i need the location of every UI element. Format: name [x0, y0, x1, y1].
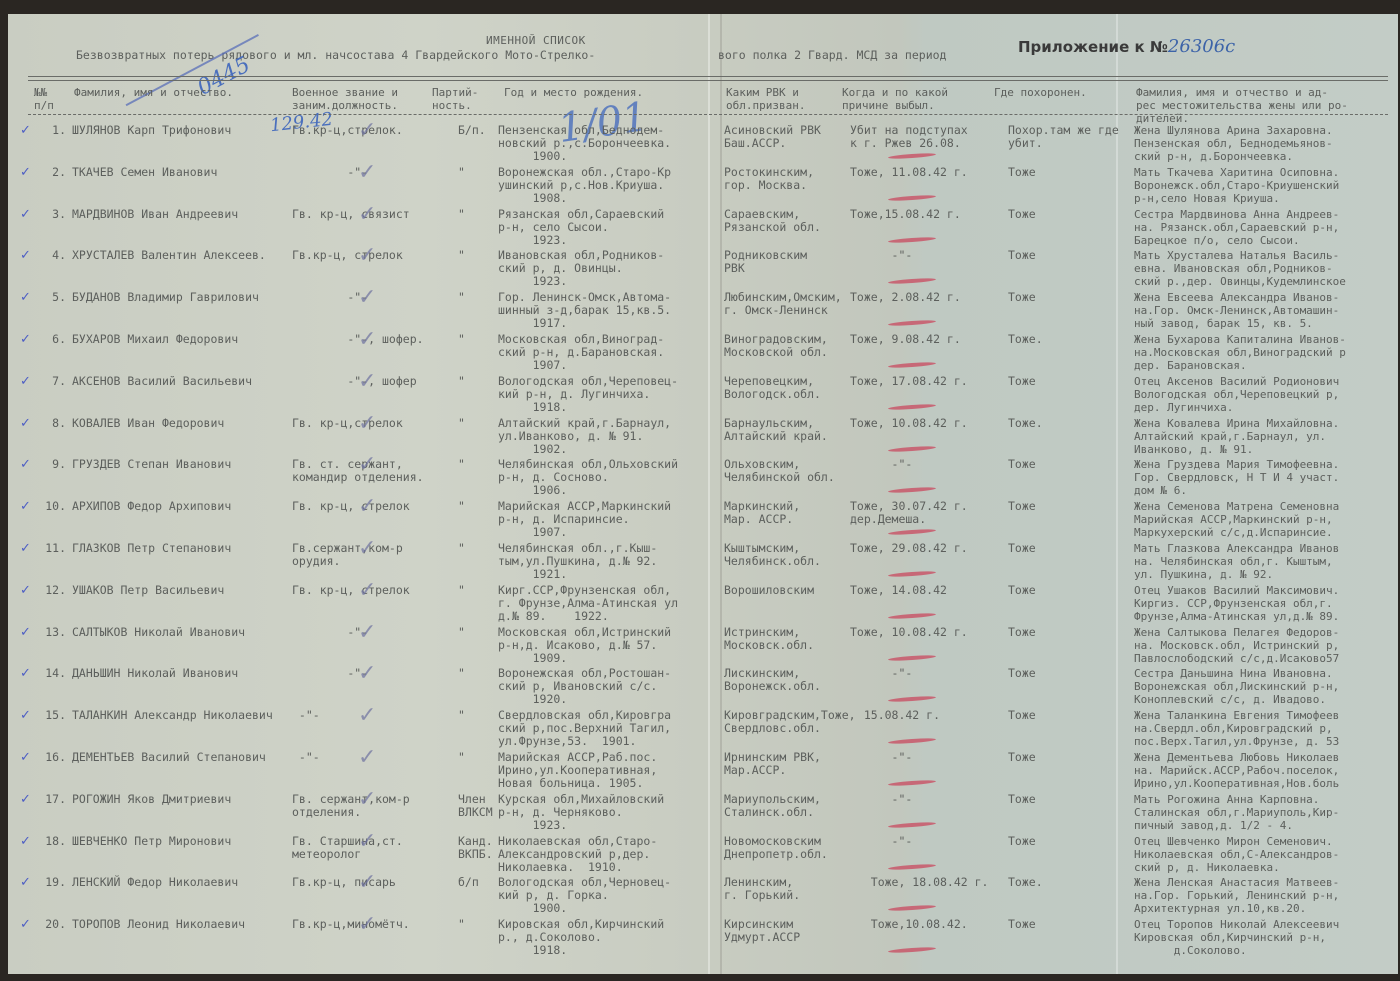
row-number: 2. — [36, 166, 66, 179]
rank-position: Гв.кр-ц, писарь — [292, 876, 396, 889]
draft-office: Барнаульским, Алтайский край. — [724, 417, 828, 443]
appendix-number: 26306с — [1168, 36, 1235, 57]
birth-place-year: Курская обл,Михайловский р-н, д. Черняко… — [498, 793, 664, 832]
party-membership: " — [458, 458, 465, 471]
birth-place-year: Марийская АССР,Маркинский р-н, д. Испари… — [498, 500, 671, 539]
check-mark-icon: ✓ — [20, 458, 31, 471]
draft-office: Кировградским,Тоже, Свердловс.обл. — [724, 709, 856, 735]
pencil-check-mark: ✓ — [358, 793, 376, 806]
soldier-name: АКСЕНОВ Василий Васильевич — [72, 375, 252, 388]
row-number: 8. — [36, 417, 66, 430]
burial-place: Тоже. — [1008, 876, 1043, 889]
date-cause-of-loss: Тоже, 30.07.42 г. дер.Демеша. — [850, 500, 968, 526]
next-of-kin: Жена Дементьева Любовь Николаев на. Мари… — [1134, 751, 1339, 790]
red-pencil-mark — [888, 570, 936, 577]
party-membership: Канд. ВКПБ. — [458, 835, 493, 861]
red-pencil-mark — [888, 194, 936, 201]
soldier-name: АРХИПОВ Федор Архипович — [72, 500, 231, 513]
check-mark-icon: ✓ — [20, 584, 31, 597]
document-subtitle-continued: вого полка 2 Гвард. МСД за период — [718, 48, 946, 62]
red-pencil-mark — [888, 529, 936, 536]
party-membership: " — [458, 417, 465, 430]
party-membership: б/п — [458, 876, 479, 889]
party-membership: " — [458, 626, 465, 639]
pencil-check-mark: ✓ — [358, 333, 376, 346]
draft-office: Ольховским, Челябинской обл. — [724, 458, 835, 484]
row-number: 6. — [36, 333, 66, 346]
next-of-kin: Жена Ленская Анастасия Матвеев- на.Гор. … — [1134, 876, 1339, 915]
pencil-check-mark: ✓ — [358, 249, 376, 262]
rank-position: Гв. Старшина,ст. метеоролог — [292, 835, 403, 861]
birth-place-year: Московская обл,Истринский р-н,д. Исаково… — [498, 626, 671, 665]
date-cause-of-loss: -"- — [850, 667, 912, 680]
check-mark-icon: ✓ — [20, 124, 31, 137]
soldier-name: БУХАРОВ Михаил Федорович — [72, 333, 238, 346]
birth-place-year: Николаевская обл,Старо- Александровский … — [498, 835, 657, 874]
burial-place: Тоже. — [1008, 417, 1043, 430]
draft-office: Маркинский, Мар. АССР. — [724, 500, 800, 526]
next-of-kin: Мать Ткачева Харитина Осиповна. Воронежс… — [1134, 166, 1339, 205]
party-membership: " — [458, 333, 465, 346]
red-pencil-mark — [888, 152, 936, 159]
birth-place-year: Марийская АССР,Раб.пос. Ирино,ул.Коопера… — [498, 751, 657, 790]
draft-office: Ленинским, г. Горький. — [724, 876, 800, 902]
birth-place-year: Рязанская обл,Сараевский р-н, село Сысои… — [498, 208, 664, 247]
pencil-check-mark: ✓ — [358, 542, 376, 555]
soldier-name: ГРУЗДЕВ Степан Иванович — [72, 458, 231, 471]
soldier-name: РОГОЖИН Яков Дмитриевич — [72, 793, 231, 806]
column-header-birth: Год и место рождения. — [504, 86, 643, 99]
birth-place-year: Челябинская обл.,г.Кыш- тым,ул.Пушкина, … — [498, 542, 657, 581]
soldier-name: ДАНЬШИН Николай Иванович — [72, 667, 238, 680]
rank-position: -"-, шофер — [292, 375, 417, 388]
draft-office: Ростокинским, гор. Москва. — [724, 166, 814, 192]
red-pencil-mark — [888, 821, 936, 828]
burial-place: Тоже — [1008, 249, 1036, 262]
header-rule — [28, 76, 1388, 77]
check-mark-icon: ✓ — [20, 835, 31, 848]
check-mark-icon: ✓ — [20, 500, 31, 513]
next-of-kin: Отец Аксенов Василий Родионович Вологодс… — [1134, 375, 1339, 414]
rank-position: -"- — [292, 626, 368, 639]
party-membership: " — [458, 375, 465, 388]
row-number: 5. — [36, 291, 66, 304]
rank-position: -"- — [292, 751, 320, 764]
pencil-check-mark: ✓ — [358, 918, 376, 931]
soldier-name: МАРДВИНОВ Иван Андреевич — [72, 208, 238, 221]
paper-fold — [1116, 14, 1118, 974]
rank-position: -"- — [292, 291, 368, 304]
next-of-kin: Жена Бухарова Капиталина Иванов- на.Моск… — [1134, 333, 1346, 372]
pencil-check-mark: ✓ — [358, 458, 376, 471]
party-membership: " — [458, 751, 465, 764]
date-cause-of-loss: -"- — [850, 793, 912, 806]
red-pencil-mark — [888, 445, 936, 452]
date-cause-of-loss: -"- — [850, 835, 912, 848]
rank-position: Гв.кр-ц,миномётч. — [292, 918, 410, 931]
red-pencil-mark — [888, 236, 936, 243]
date-cause-of-loss: Тоже, 18.08.42 г. — [850, 876, 988, 889]
red-pencil-mark — [888, 738, 936, 745]
paper-fold — [708, 14, 710, 974]
check-mark-icon: ✓ — [20, 166, 31, 179]
soldier-name: САЛТЫКОВ Николай Иванович — [72, 626, 245, 639]
column-header-kin: Фамилия, имя и отчество и ад- рес местож… — [1136, 86, 1348, 125]
birth-place-year: Воронежская обл.,Старо-Кр ушинский р,с.Н… — [498, 166, 671, 205]
row-number: 1. — [36, 124, 66, 137]
red-pencil-mark — [888, 654, 936, 661]
next-of-kin: Отец Торопов Николай Алексеевич Кировска… — [1134, 918, 1339, 957]
row-number: 17. — [36, 793, 66, 806]
birth-place-year: Кирг.ССР,Фрунзенская обл, г. Фрунзе,Алма… — [498, 584, 678, 623]
rank-position: Гв. кр-ц, стрелок — [292, 584, 410, 597]
next-of-kin: Жена Семенова Матрена Семеновна Марийска… — [1134, 500, 1339, 539]
row-number: 10. — [36, 500, 66, 513]
soldier-name: ШЕВЧЕНКО Петр Миронович — [72, 835, 231, 848]
burial-place: Тоже — [1008, 208, 1036, 221]
pencil-check-mark: ✓ — [358, 876, 376, 889]
date-cause-of-loss: Тоже, 9.08.42 г. — [850, 333, 961, 346]
draft-office: Мариупольским, Сталинск.обл. — [724, 793, 821, 819]
soldier-name: ГЛАЗКОВ Петр Степанович — [72, 542, 231, 555]
document-subtitle: Безвозвратных потерь рядового и мл. начс… — [76, 48, 595, 62]
check-mark-icon: ✓ — [20, 333, 31, 346]
check-mark-icon: ✓ — [20, 876, 31, 889]
rank-position: Гв.кр-ц,стрелок. — [292, 124, 403, 137]
red-pencil-mark — [888, 947, 936, 954]
party-membership: Б/п. — [458, 124, 486, 137]
burial-place: Тоже — [1008, 291, 1036, 304]
burial-place: Тоже. — [1008, 333, 1043, 346]
date-cause-of-loss: Тоже,10.08.42. — [850, 918, 968, 931]
row-number: 11. — [36, 542, 66, 555]
row-number: 20. — [36, 918, 66, 931]
column-header-party: Партий- ность. — [432, 86, 478, 112]
red-pencil-mark — [888, 278, 936, 285]
pencil-check-mark: ✓ — [358, 375, 376, 388]
next-of-kin: Жена Шулянова Арина Захаровна. Пензенска… — [1134, 124, 1333, 163]
row-number: 12. — [36, 584, 66, 597]
soldier-name: УШАКОВ Петр Васильевич — [72, 584, 224, 597]
burial-place: Похор.там же где убит. — [1008, 124, 1119, 150]
date-cause-of-loss: Тоже, 29.08.42 г. — [850, 542, 968, 555]
soldier-name: ЛЕНСКИЙ Федор Николаевич — [72, 876, 238, 889]
pencil-check-mark: ✓ — [358, 500, 376, 513]
check-mark-icon: ✓ — [20, 626, 31, 639]
draft-office: Новомосковским Днепропетр.обл. — [724, 835, 828, 861]
birth-place-year: Вологодская обл,Черновец- кий р, д. Горк… — [498, 876, 671, 915]
draft-office: Виноградовским, Московской обл. — [724, 333, 828, 359]
party-membership: " — [458, 709, 465, 722]
next-of-kin: Жена Салтыкова Пелагея Федоров- на. Моск… — [1134, 626, 1339, 665]
pencil-check-mark: ✓ — [358, 751, 376, 764]
row-number: 7. — [36, 375, 66, 388]
burial-place: Тоже — [1008, 709, 1036, 722]
soldier-name: ТКАЧЕВ Семен Иванович — [72, 166, 217, 179]
document-title: ИМЕННОЙ СПИСОК — [486, 34, 586, 47]
pencil-check-mark: ✓ — [358, 166, 376, 179]
burial-place: Тоже — [1008, 751, 1036, 764]
date-cause-of-loss: -"- — [850, 249, 912, 262]
check-mark-icon: ✓ — [20, 793, 31, 806]
rank-position: -"- — [292, 709, 320, 722]
header-rule — [28, 80, 1388, 81]
burial-place: Тоже — [1008, 458, 1036, 471]
row-number: 19. — [36, 876, 66, 889]
next-of-kin: Мать Рогожина Анна Карповна. Сталинская … — [1134, 793, 1339, 832]
birth-place-year: Вологодская обл,Череповец- кий р-н, д. Л… — [498, 375, 678, 414]
check-mark-icon: ✓ — [20, 417, 31, 430]
date-cause-of-loss: Тоже, 2.08.42 г. — [850, 291, 961, 304]
soldier-name: КОВАЛЕВ Иван Федорович — [72, 417, 224, 430]
date-cause-of-loss: Тоже,15.08.42 г. — [850, 208, 961, 221]
column-header-rank: Военное звание и заним.должность. — [292, 86, 398, 112]
next-of-kin: Сестра Даньшина Нина Ивановна. Воронежск… — [1134, 667, 1339, 706]
appendix-label: Приложение к №26306с — [1018, 36, 1235, 57]
column-header-buried: Где похоронен. — [994, 86, 1087, 99]
red-pencil-mark — [888, 361, 936, 368]
draft-office: Родниковским РВК — [724, 249, 807, 275]
draft-office: Истринским, Московск.обл. — [724, 626, 814, 652]
party-membership: " — [458, 584, 465, 597]
check-mark-icon: ✓ — [20, 375, 31, 388]
red-pencil-mark — [888, 905, 936, 912]
date-cause-of-loss: -"- — [850, 751, 912, 764]
next-of-kin: Жена Ковалева Ирина Михайловна. Алтайски… — [1134, 417, 1339, 456]
date-cause-of-loss: Тоже, 10.08.42 г. — [850, 626, 968, 639]
birth-place-year: Ивановская обл,Родников- ский р, д. Овин… — [498, 249, 664, 288]
draft-office: Сараевским, Рязанской обл. — [724, 208, 821, 234]
red-pencil-mark — [888, 779, 936, 786]
draft-office: Асиновский РВК Баш.АССР. — [724, 124, 821, 150]
column-header-name: Фамилия, имя и отчество. — [74, 86, 233, 99]
check-mark-icon: ✓ — [20, 709, 31, 722]
pencil-check-mark: ✓ — [358, 626, 376, 639]
next-of-kin: Жена Таланкина Евгения Тимофеев на.Сверд… — [1134, 709, 1339, 748]
red-pencil-mark — [888, 487, 936, 494]
soldier-name: ТАЛАНКИН Александр Николаевич — [72, 709, 273, 722]
soldier-name: ХРУСТАЛЕВ Валентин Алексеев. — [72, 249, 266, 262]
pencil-check-mark: ✓ — [358, 124, 376, 137]
red-pencil-mark — [888, 863, 936, 870]
birth-place-year: Московская обл,Виноград- ский р-н, д.Бар… — [498, 333, 664, 372]
draft-office: Череповецким, Вологодск.обл. — [724, 375, 821, 401]
date-cause-of-loss: Тоже, 14.08.42 — [850, 584, 947, 597]
red-pencil-mark — [888, 403, 936, 410]
rank-position: Гв. кр-ц, стрелок — [292, 500, 410, 513]
check-mark-icon: ✓ — [20, 751, 31, 764]
column-header-rvk: Каким РВК и обл.призван. — [726, 86, 805, 112]
soldier-name: ТОРОПОВ Леонид Николаевич — [72, 918, 245, 931]
pencil-check-mark: ✓ — [358, 417, 376, 430]
birth-place-year: Алтайский край,г.Барнаул, ул.Иванково, д… — [498, 417, 671, 456]
pencil-check-mark: ✓ — [358, 835, 376, 848]
check-mark-icon: ✓ — [20, 542, 31, 555]
row-number: 15. — [36, 709, 66, 722]
draft-office: Ворошиловским — [724, 584, 814, 597]
pencil-check-mark: ✓ — [358, 291, 376, 304]
birth-place-year: Челябинская обл,Ольховский р-н, д. Сосно… — [498, 458, 678, 497]
header-dashed-rule — [28, 114, 1388, 115]
rank-position: Гв. сержант,ком-р отделения. — [292, 793, 410, 819]
draft-office: Лискинским, Воронежск.обл. — [724, 667, 821, 693]
party-membership: " — [458, 500, 465, 513]
party-membership: " — [458, 918, 465, 931]
check-mark-icon: ✓ — [20, 249, 31, 262]
party-membership: " — [458, 208, 465, 221]
party-membership: Член ВЛКСМ — [458, 793, 493, 819]
next-of-kin: Жена Груздева Мария Тимофеевна. Гор. Све… — [1134, 458, 1339, 497]
rank-position: -"- — [292, 166, 368, 179]
rank-position: Гв.кр-ц, стрелок — [292, 249, 403, 262]
draft-office: Кыштымским, Челябинск.обл. — [724, 542, 821, 568]
rank-position: Гв.сержант,ком-р орудия. — [292, 542, 403, 568]
date-cause-of-loss: -"- — [850, 458, 912, 471]
rank-position: -"- — [292, 667, 368, 680]
check-mark-icon: ✓ — [20, 208, 31, 221]
pencil-check-mark: ✓ — [358, 584, 376, 597]
next-of-kin: Жена Евсеева Александра Иванов- на.Гор. … — [1134, 291, 1339, 330]
birth-place-year: Свердловская обл,Кировгра ский р,пос.Вер… — [498, 709, 671, 748]
paper-fold — [720, 14, 722, 974]
date-cause-of-loss: Тоже, 10.08.42 г. — [850, 417, 968, 430]
column-header-num: №№ п/п — [34, 86, 54, 112]
draft-office: Любинским,Омским, г. Омск-Ленинск — [724, 291, 842, 317]
loss-list-document: ИМЕННОЙ СПИСОК Безвозвратных потерь рядо… — [8, 14, 1398, 974]
rank-position: Гв. кр-ц, связист — [292, 208, 410, 221]
pencil-check-mark: ✓ — [358, 709, 376, 722]
soldier-name: ДЕМЕНТЬЕВ Василий Степанович — [72, 751, 266, 764]
pencil-check-mark: ✓ — [358, 208, 376, 221]
date-cause-of-loss: Тоже, 17.08.42 г. — [850, 375, 968, 388]
next-of-kin: Мать Хрусталева Наталья Василь- евна. Ив… — [1134, 249, 1346, 288]
row-number: 4. — [36, 249, 66, 262]
check-mark-icon: ✓ — [20, 291, 31, 304]
burial-place: Тоже — [1008, 542, 1036, 555]
row-number: 14. — [36, 667, 66, 680]
red-pencil-mark — [888, 696, 936, 703]
row-number: 16. — [36, 751, 66, 764]
burial-place: Тоже — [1008, 918, 1036, 931]
burial-place: Тоже — [1008, 626, 1036, 639]
party-membership: " — [458, 542, 465, 555]
row-number: 9. — [36, 458, 66, 471]
party-membership: " — [458, 249, 465, 262]
burial-place: Тоже — [1008, 835, 1036, 848]
draft-office: Кирсинским Удмурт.АССР — [724, 918, 800, 944]
date-cause-of-loss: Тоже, 11.08.42 г. — [850, 166, 968, 179]
row-number: 13. — [36, 626, 66, 639]
next-of-kin: Отец Ушаков Василий Максимович. Киргиз. … — [1134, 584, 1339, 623]
burial-place: Тоже — [1008, 584, 1036, 597]
next-of-kin: Отец Шевченко Мирон Семенович. Николаевс… — [1134, 835, 1339, 874]
burial-place: Тоже — [1008, 667, 1036, 680]
birth-place-year: Кировская обл,Кирчинский р., д.Соколово.… — [498, 918, 664, 957]
party-membership: " — [458, 667, 465, 680]
birth-place-year: Гор. Ленинск-Омск,Автома- шинный з-д,бар… — [498, 291, 671, 330]
rank-position: Гв. кр-ц,стрелок — [292, 417, 403, 430]
red-pencil-mark — [888, 320, 936, 327]
check-mark-icon: ✓ — [20, 667, 31, 680]
column-header-when: Когда и по какой причине выбыл. — [842, 86, 948, 112]
party-membership: " — [458, 166, 465, 179]
draft-office: Ирнинским РВК, Мар.АССР. — [724, 751, 821, 777]
party-membership: " — [458, 291, 465, 304]
burial-place: Тоже — [1008, 166, 1036, 179]
check-mark-icon: ✓ — [20, 918, 31, 931]
date-cause-of-loss: 15.08.42 г. — [850, 709, 940, 722]
soldier-name: БУДАНОВ Владимир Гаврилович — [72, 291, 259, 304]
pencil-check-mark: ✓ — [358, 667, 376, 680]
next-of-kin: Мать Глазкова Александра Иванов на. Челя… — [1134, 542, 1339, 581]
next-of-kin: Сестра Мардвинова Анна Андреев- на. Ряза… — [1134, 208, 1339, 247]
burial-place: Тоже — [1008, 375, 1036, 388]
red-pencil-mark — [888, 612, 936, 619]
soldier-name: ШУЛЯНОВ Карп Трифонович — [72, 124, 231, 137]
row-number: 18. — [36, 835, 66, 848]
burial-place: Тоже — [1008, 793, 1036, 806]
row-number: 3. — [36, 208, 66, 221]
birth-place-year: Воронежская обл,Ростошан- ский р, Иванов… — [498, 667, 671, 706]
birth-place-year: Пензенская обл,Беднодем- новский р.,с.Бо… — [498, 124, 671, 163]
burial-place: Тоже — [1008, 500, 1036, 513]
date-cause-of-loss: Убит на подступах к г. Ржев 26.08. — [850, 124, 968, 150]
